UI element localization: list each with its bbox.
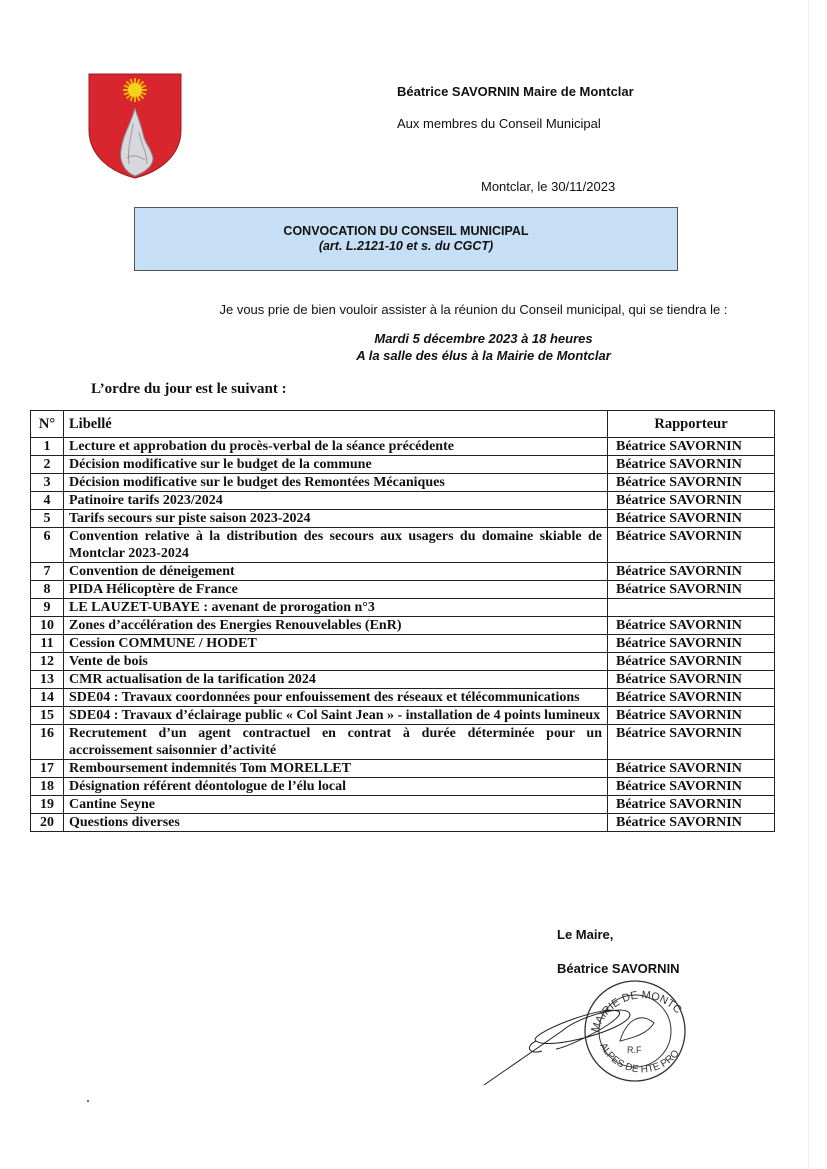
agenda-item-number: 10 [31,617,64,635]
agenda-item-rapporteur: Béatrice SAVORNIN [608,581,775,599]
banner-title: CONVOCATION DU CONSEIL MUNICIPAL [135,224,677,238]
agenda-body: 1Lecture et approbation du procès-verbal… [31,438,775,832]
sender-line: Béatrice SAVORNIN Maire de Montclar [397,84,634,99]
agenda-table: N° Libellé Rapporteur 1Lecture et approb… [30,410,775,832]
agenda-item-rapporteur: Béatrice SAVORNIN [608,528,775,563]
agenda-item-label: Décision modificative sur le budget de l… [64,456,608,474]
agenda-item-number: 18 [31,778,64,796]
intro-text: Je vous prie de bien vouloir assister à … [0,302,827,317]
agenda-item-rapporteur: Béatrice SAVORNIN [608,778,775,796]
agenda-item-label: Lecture et approbation du procès-verbal … [64,438,608,456]
closing-title: Le Maire, [557,927,613,942]
agenda-item-rapporteur: Béatrice SAVORNIN [608,671,775,689]
agenda-item-number: 12 [31,653,64,671]
agenda-item-rapporteur: Béatrice SAVORNIN [608,689,775,707]
agenda-item-number: 6 [31,528,64,563]
agenda-row: 5Tarifs secours sur piste saison 2023-20… [31,510,775,528]
agenda-row: 20Questions diversesBéatrice SAVORNIN [31,814,775,832]
meeting-location: A la salle des élus à la Mairie de Montc… [140,347,827,364]
agenda-item-label: Convention de déneigement [64,563,608,581]
agenda-item-rapporteur: Béatrice SAVORNIN [608,456,775,474]
recipients-line: Aux membres du Conseil Municipal [397,116,601,131]
agenda-row: 2Décision modificative sur le budget de … [31,456,775,474]
agenda-row: 6Convention relative à la distribution d… [31,528,775,563]
meeting-date-time: Mardi 5 décembre 2023 à 18 heures [140,330,827,347]
agenda-item-number: 2 [31,456,64,474]
agenda-item-rapporteur: Béatrice SAVORNIN [608,725,775,760]
agenda-item-label: SDE04 : Travaux coordonnées pour enfouis… [64,689,608,707]
agenda-item-number: 11 [31,635,64,653]
agenda-item-label: CMR actualisation de la tarification 202… [64,671,608,689]
agenda-item-rapporteur [608,599,775,617]
column-header-label: Libellé [64,411,608,438]
agenda-item-label: Convention relative à la distribution de… [64,528,608,563]
agenda-item-rapporteur: Béatrice SAVORNIN [608,814,775,832]
agenda-item-number: 4 [31,492,64,510]
agenda-item-rapporteur: Béatrice SAVORNIN [608,492,775,510]
agenda-item-label: Patinoire tarifs 2023/2024 [64,492,608,510]
agenda-item-number: 3 [31,474,64,492]
agenda-item-rapporteur: Béatrice SAVORNIN [608,474,775,492]
agenda-item-number: 14 [31,689,64,707]
agenda-row: 11Cession COMMUNE / HODETBéatrice SAVORN… [31,635,775,653]
svg-text:ALPES DE HTE PROVENCE: ALPES DE HTE PROVENCE [480,975,682,1075]
banner-subtitle: (art. L.2121-10 et s. du CGCT) [135,239,677,253]
agenda-row: 7Convention de déneigementBéatrice SAVOR… [31,563,775,581]
agenda-item-rapporteur: Béatrice SAVORNIN [608,653,775,671]
agenda-item-rapporteur: Béatrice SAVORNIN [608,438,775,456]
column-header-number: N° [31,411,64,438]
agenda-item-label: LE LAUZET-UBAYE : avenant de prorogation… [64,599,608,617]
agenda-item-label: Décision modificative sur le budget des … [64,474,608,492]
agenda-item-number: 16 [31,725,64,760]
place-date: Montclar, le 30/11/2023 [481,179,615,194]
agenda-item-label: Cession COMMUNE / HODET [64,635,608,653]
agenda-row: 1Lecture et approbation du procès-verbal… [31,438,775,456]
agenda-row: 3Décision modificative sur le budget des… [31,474,775,492]
agenda-item-number: 15 [31,707,64,725]
agenda-item-number: 17 [31,760,64,778]
agenda-item-number: 5 [31,510,64,528]
agenda-item-rapporteur: Béatrice SAVORNIN [608,617,775,635]
agenda-item-label: Vente de bois [64,653,608,671]
agenda-heading: L’ordre du jour est le suivant : [91,381,287,398]
agenda-item-number: 20 [31,814,64,832]
agenda-row: 12Vente de boisBéatrice SAVORNIN [31,653,775,671]
agenda-item-rapporteur: Béatrice SAVORNIN [608,760,775,778]
agenda-item-number: 7 [31,563,64,581]
agenda-item-number: 9 [31,599,64,617]
seal-center-text: R.F [627,1045,642,1055]
official-seal-icon: MAIRIE DE MONTCLAR ALPES DE HTE PROVENCE… [480,975,690,1090]
agenda-item-rapporteur: Béatrice SAVORNIN [608,796,775,814]
page-edge [808,0,809,1169]
column-header-rapporteur: Rapporteur [608,411,775,438]
agenda-row: 10Zones d’accélération des Energies Reno… [31,617,775,635]
agenda-item-label: Tarifs secours sur piste saison 2023-202… [64,510,608,528]
seal-bottom-text: ALPES DE HTE PROVENCE [480,975,682,1075]
agenda-row: 18Désignation référent déontologue de l’… [31,778,775,796]
agenda-row: 14SDE04 : Travaux coordonnées pour enfou… [31,689,775,707]
agenda-row: 15SDE04 : Travaux d’éclairage public « C… [31,707,775,725]
agenda-item-number: 13 [31,671,64,689]
coat-of-arms-icon [87,72,183,180]
agenda-row: 16Recrutement d’un agent contractuel en … [31,725,775,760]
agenda-item-number: 1 [31,438,64,456]
agenda-item-rapporteur: Béatrice SAVORNIN [608,707,775,725]
agenda-row: 13CMR actualisation de la tarification 2… [31,671,775,689]
agenda-row: 4Patinoire tarifs 2023/2024Béatrice SAVO… [31,492,775,510]
convocation-banner: CONVOCATION DU CONSEIL MUNICIPAL (art. L… [134,207,678,271]
agenda-item-number: 19 [31,796,64,814]
agenda-item-label: Cantine Seyne [64,796,608,814]
agenda-item-label: Questions diverses [64,814,608,832]
agenda-item-rapporteur: Béatrice SAVORNIN [608,635,775,653]
meeting-info: Mardi 5 décembre 2023 à 18 heures A la s… [0,330,827,364]
agenda-row: 8PIDA Hélicoptère de FranceBéatrice SAVO… [31,581,775,599]
agenda-header-row: N° Libellé Rapporteur [31,411,775,438]
agenda-row: 19Cantine SeyneBéatrice SAVORNIN [31,796,775,814]
agenda-item-number: 8 [31,581,64,599]
agenda-item-label: Remboursement indemnités Tom MORELLET [64,760,608,778]
agenda-item-rapporteur: Béatrice SAVORNIN [608,563,775,581]
agenda-item-label: PIDA Hélicoptère de France [64,581,608,599]
scan-speck [87,1100,89,1102]
signer-name: Béatrice SAVORNIN [557,961,680,976]
agenda-item-rapporteur: Béatrice SAVORNIN [608,510,775,528]
agenda-item-label: Recrutement d’un agent contractuel en co… [64,725,608,760]
agenda-item-label: Désignation référent déontologue de l’él… [64,778,608,796]
agenda-item-label: SDE04 : Travaux d’éclairage public « Col… [64,707,608,725]
agenda-item-label: Zones d’accélération des Energies Renouv… [64,617,608,635]
agenda-row: 9LE LAUZET-UBAYE : avenant de prorogatio… [31,599,775,617]
agenda-row: 17Remboursement indemnités Tom MORELLETB… [31,760,775,778]
